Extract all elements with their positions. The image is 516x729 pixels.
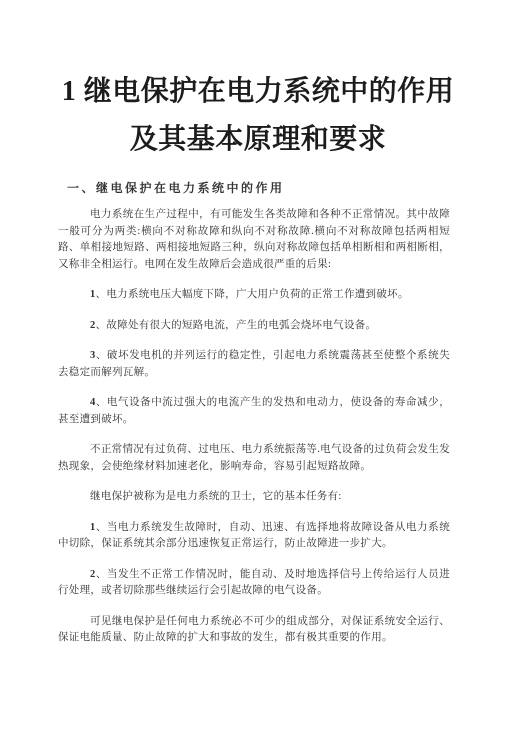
- body-paragraph: 继电保护被称为是电力系统的卫士，它的基本任务有:: [58, 489, 450, 506]
- list-number: 2: [90, 569, 96, 580]
- paragraph-list: 电力系统在生产过程中，有可能发生各类故障和各种不正常情况。其中故障一般可分为两类…: [58, 207, 450, 647]
- title-line-1: 1 继电保护在电力系统中的作用: [0, 68, 516, 116]
- numbered-paragraph: 1、电力系统电压大幅度下降，广大用户负荷的正常工作遭到破坏。: [58, 287, 450, 304]
- document-body: 一、继电保护在电力系统中的作用 电力系统在生产过程中，有可能发生各类故障和各种不…: [0, 180, 516, 647]
- numbered-paragraph: 2、当发生不正常工作情况时，能自动、及时地选择信号上传给运行人员进行处理，或者切…: [58, 567, 450, 600]
- list-number: 4: [90, 397, 96, 408]
- numbered-paragraph: 1、当电力系统发生故障时，自动、迅速、有选择地将故障设备从电力系统中切除，保证系…: [58, 520, 450, 553]
- list-number: 1: [90, 522, 96, 533]
- numbered-paragraph: 3、破坏发电机的并列运行的稳定性，引起电力系统震荡甚至使整个系统失去稳定而解列瓦…: [58, 348, 450, 381]
- body-paragraph: 电力系统在生产过程中，有可能发生各类故障和各种不正常情况。其中故障一般可分为两类…: [58, 207, 450, 273]
- list-number: 1: [90, 289, 96, 300]
- list-number: 3: [90, 350, 96, 361]
- document-page: 1 继电保护在电力系统中的作用 及其基本原理和要求 一、继电保护在电力系统中的作…: [0, 0, 516, 729]
- list-number: 2: [90, 320, 96, 331]
- numbered-paragraph: 2、故障处有很大的短路电流，产生的电弧会烧坏电气设备。: [58, 318, 450, 335]
- title-line-2: 及其基本原理和要求: [0, 116, 516, 164]
- numbered-paragraph: 4、电气设备中流过强大的电流产生的发热和电动力，使设备的寿命减少，甚至遭到破坏。: [58, 395, 450, 428]
- body-paragraph: 不正常情况有过负荷、过电压、电力系统振荡等.电气设备的过负荷会发生发热现象，会使…: [58, 442, 450, 475]
- document-title: 1 继电保护在电力系统中的作用 及其基本原理和要求: [0, 0, 516, 164]
- body-paragraph: 可见继电保护是任何电力系统必不可少的组成部分，对保证系统安全运行、保证电能质量、…: [58, 614, 450, 647]
- section-heading: 一、继电保护在电力系统中的作用: [67, 180, 450, 196]
